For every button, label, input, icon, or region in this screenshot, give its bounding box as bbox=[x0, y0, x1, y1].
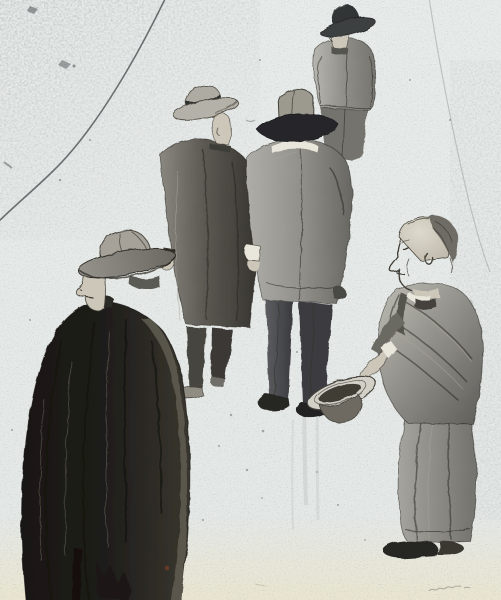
red-fleck bbox=[165, 566, 170, 571]
head bbox=[212, 113, 231, 145]
jacket bbox=[247, 138, 352, 304]
trousers bbox=[398, 420, 476, 543]
blotch bbox=[73, 65, 76, 68]
artwork-frame bbox=[0, 0, 501, 600]
shoe-front bbox=[383, 541, 439, 558]
artwork-canvas bbox=[0, 0, 501, 600]
streak bbox=[292, 420, 293, 530]
nostril-dot bbox=[80, 289, 81, 290]
cuff bbox=[244, 244, 260, 261]
